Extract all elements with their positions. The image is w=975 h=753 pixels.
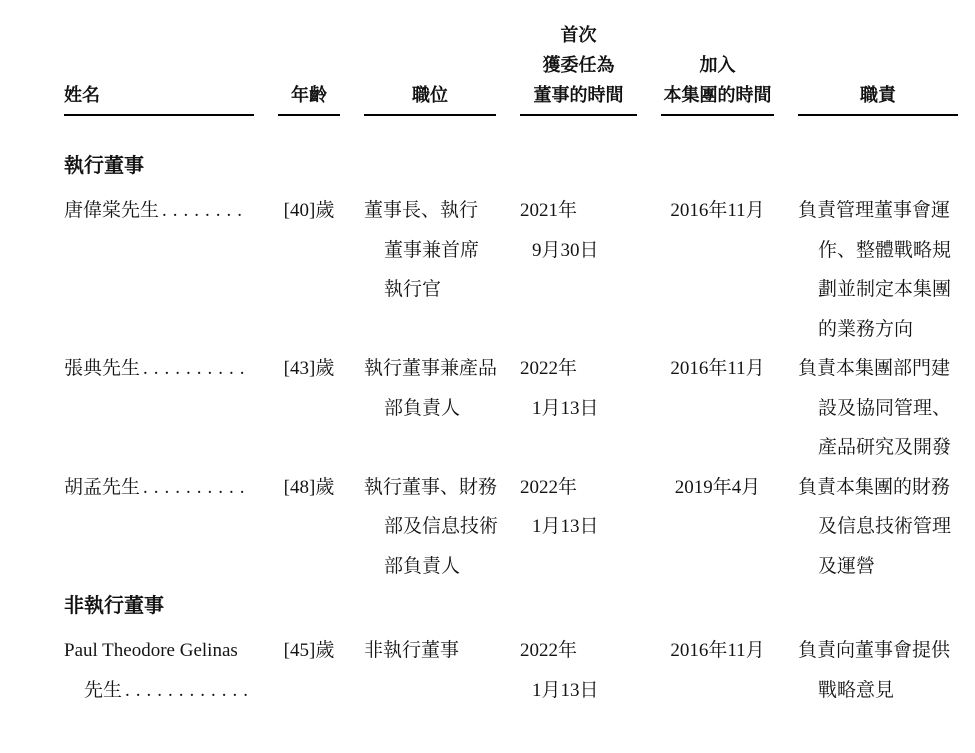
date-line: 2016年11月 [661,631,774,671]
date-line: 2019年4月 [661,468,774,508]
duty-line: 戰略意見 [798,671,958,711]
director-name-cell: 胡孟先生.......... [64,468,254,587]
director-row: 張典先生.......... [43]歲 執行董事兼產品 部負責人 2022年 … [64,349,958,468]
director-age: [43]歲 [278,349,340,389]
duties-cell: 負責本集團部門建 設及協同管理、 產品研究及開發 [798,349,958,468]
date-line: 2022年 [520,349,637,389]
director-position-cell: 執行董事、財務 部及信息技術 部負責人 [364,468,496,587]
director-row: 胡孟先生.......... [48]歲 執行董事、財務 部及信息技術 部負責人… [64,468,958,587]
date-line: 1月13日 [520,507,637,547]
director-name-cell: 唐偉棠先生........ [64,191,254,349]
dot-leader: .......... [143,477,251,498]
first-appointed-cell: 2022年 1月13日 [520,631,637,710]
duty-line: 負責本集團部門建 [798,349,958,389]
position-line: 部負責人 [364,389,496,429]
duty-line: 及信息技術管理 [798,507,958,547]
director-name-cell: 張典先生.......... [64,349,254,468]
date-line: 2022年 [520,631,637,671]
director-name-line2: 先生............ [64,671,254,711]
duty-line: 負責管理董事會運 [798,191,958,231]
joined-group-cell: 2019年4月 [661,468,774,587]
position-line: 執行官 [364,270,496,310]
directors-table: 姓名 年齡 職位 首次 獲委任為 董事的時間 加入 本集團的時間 職責 執行董事 [64,0,975,710]
header-label: 年齡 [278,80,340,110]
duty-line: 負責向董事會提供 [798,631,958,671]
joined-group-cell: 2016年11月 [661,191,774,349]
director-age-cell: [45]歲 [278,631,340,710]
director-name-cell: Paul Theodore Gelinas 先生............ [64,631,254,710]
director-position-cell: 非執行董事 [364,631,496,710]
director-position-cell: 執行董事兼產品 部負責人 [364,349,496,468]
first-appointed-cell: 2022年 1月13日 [520,349,637,468]
director-row: Paul Theodore Gelinas 先生............ [45… [64,631,958,710]
dot-leader: .......... [143,358,251,379]
director-row: 唐偉棠先生........ [40]歲 董事長、執行 董事兼首席 執行官 202… [64,191,958,349]
duty-line: 的業務方向 [798,310,958,350]
header-label: 職責 [798,80,958,110]
column-header-age: 年齡 [278,20,340,116]
header-label: 姓名 [64,80,254,110]
first-appointed-cell: 2022年 1月13日 [520,468,637,587]
position-line: 執行董事、財務 [364,468,496,508]
duty-line: 產品研究及開發 [798,428,958,468]
date-line: 2021年 [520,191,637,231]
header-label-line: 本集團的時間 [661,80,774,110]
position-line: 部及信息技術 [364,507,496,547]
column-header-position: 職位 [364,20,496,116]
director-age-cell: [43]歲 [278,349,340,468]
position-line: 部負責人 [364,547,496,587]
director-age-cell: [48]歲 [278,468,340,587]
director-name: 胡孟先生.......... [64,468,254,508]
director-age: [45]歲 [278,631,340,671]
duties-cell: 負責向董事會提供 戰略意見 [798,631,958,710]
duty-line: 劃並制定本集團 [798,270,958,310]
duty-line: 設及協同管理、 [798,389,958,429]
director-name: 唐偉棠先生........ [64,191,254,231]
first-appointed-cell: 2021年 9月30日 [520,191,637,349]
director-name: 張典先生.......... [64,349,254,389]
directors-table-page: 姓名 年齡 職位 首次 獲委任為 董事的時間 加入 本集團的時間 職責 執行董事 [0,0,975,753]
duties-cell: 負責本集團的財務 及信息技術管理 及運營 [798,468,958,587]
header-label-line: 獲委任為 [520,50,637,80]
date-line: 1月13日 [520,389,637,429]
table-header-row: 姓名 年齡 職位 首次 獲委任為 董事的時間 加入 本集團的時間 職責 [64,20,958,116]
director-age: [48]歲 [278,468,340,508]
position-line: 董事長、執行 [364,191,496,231]
date-line: 1月13日 [520,671,637,711]
duty-line: 負責本集團的財務 [798,468,958,508]
date-line: 2016年11月 [661,191,774,231]
duties-cell: 負責管理董事會運 作、整體戰略規 劃並制定本集團 的業務方向 [798,191,958,349]
director-age: [40]歲 [278,191,340,231]
date-line: 2022年 [520,468,637,508]
header-label-line: 加入 [661,50,774,80]
duty-line: 及運營 [798,547,958,587]
director-position-cell: 董事長、執行 董事兼首席 執行官 [364,191,496,349]
header-label-line: 董事的時間 [520,80,637,110]
joined-group-cell: 2016年11月 [661,631,774,710]
position-line: 董事兼首席 [364,231,496,271]
joined-group-cell: 2016年11月 [661,349,774,468]
section-title-non-executive-directors: 非執行董事 [64,586,975,626]
header-label-line: 首次 [520,20,637,50]
section-title-executive-directors: 執行董事 [64,146,975,186]
position-line: 執行董事兼產品 [364,349,496,389]
date-line: 9月30日 [520,231,637,271]
column-header-name: 姓名 [64,20,254,116]
dot-leader: ............ [125,680,254,701]
director-age-cell: [40]歲 [278,191,340,349]
date-line: 2016年11月 [661,349,774,389]
header-label: 職位 [364,80,496,110]
column-header-joined-group: 加入 本集團的時間 [661,20,774,116]
director-name: Paul Theodore Gelinas [64,631,254,671]
column-header-first-appointed: 首次 獲委任為 董事的時間 [520,20,637,116]
dot-leader: ........ [162,200,248,221]
position-line: 非執行董事 [364,631,496,671]
duty-line: 作、整體戰略規 [798,231,958,271]
column-header-duties: 職責 [798,20,958,116]
